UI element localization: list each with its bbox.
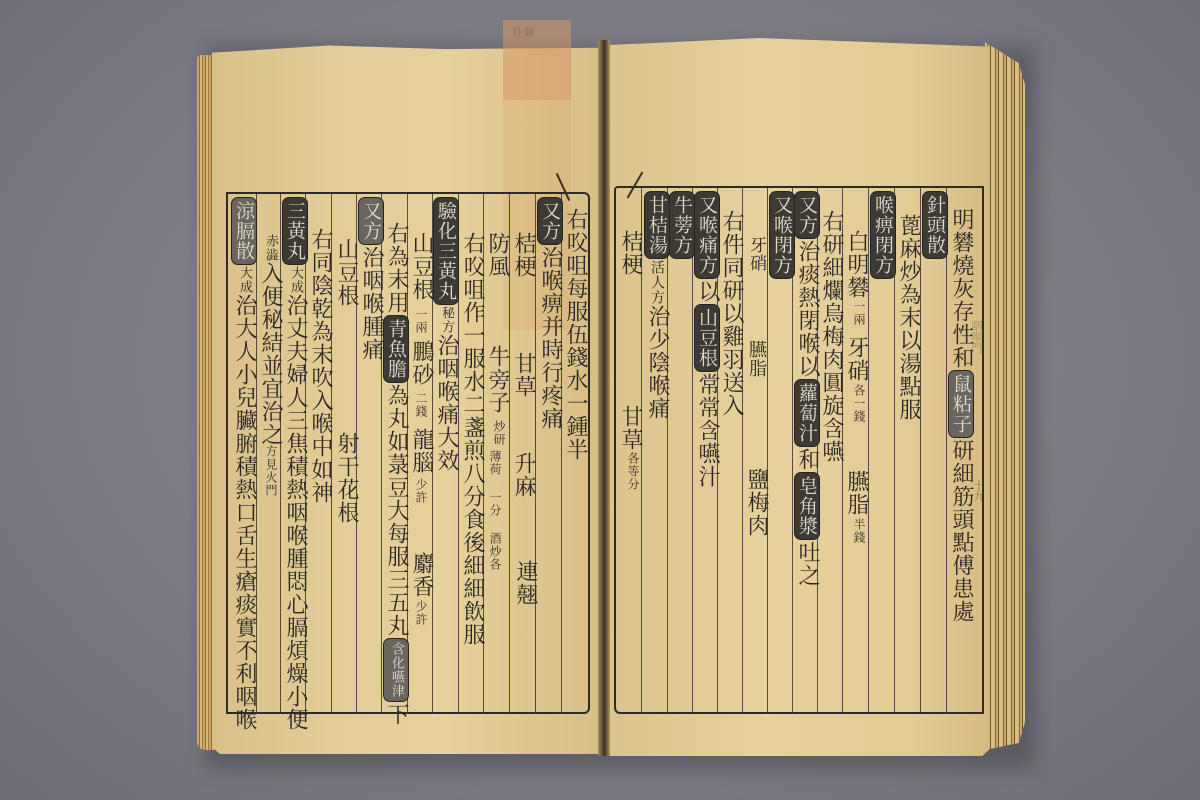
left-col-7-lower2: 龍腦 [409, 428, 433, 474]
section-tag: 又方 [537, 197, 563, 245]
ingredient-tag: 含化嚥津 [383, 638, 409, 702]
section-tag: 驗化三黃丸 [433, 197, 459, 305]
ingredient-tag: 鼠粘子 [948, 370, 974, 438]
left-col-6: 驗化三黃丸秘方治咽喉痛大效 [433, 196, 459, 472]
left-col-3-lower: 甘草 [511, 352, 535, 398]
ingredient-tag: 山豆根 [694, 304, 720, 372]
right-col-5-lower2: 臙脂 [844, 470, 868, 516]
right-col-11: 又喉痛方以山豆根常常含嚥汁 [694, 190, 720, 488]
left-col-7-note4: 少許 [414, 600, 427, 626]
right-col-6: 右研細爛烏梅肉圓旋含嚥 [819, 210, 843, 463]
left-col-4: 防風 [485, 232, 509, 278]
left-col-4-note: 炒研 [492, 420, 505, 446]
left-col-14: 涼膈散大成治大人小兒臟腑積熱口舌生瘡痰實不利咽喉 [231, 196, 257, 731]
right-col-13: 甘桔湯活人方治少陰喉痛 [644, 190, 670, 420]
right-col-14-lower: 甘草 [618, 405, 642, 451]
fold-margin-label: 咽喉門 [968, 320, 984, 353]
left-col-12: 三黃丸大成治丈夫婦人三焦積熱咽喉腫悶心膈煩燥小便 [282, 196, 308, 731]
right-col-7: 又方治痰熱閉喉以蘿蔔汁和皂角漿吐之 [794, 190, 820, 587]
left-col-1: 右㕮咀每服伍錢水一鍾半 [563, 208, 587, 461]
left-col-2: 又方治喉痹并時行疼痛 [537, 196, 563, 430]
section-tag: 甘桔湯 [644, 191, 670, 259]
ingredient-tag: 蘿蔔汁 [794, 379, 820, 447]
right-col-5-note2: 各一錢 [852, 384, 865, 423]
section-tag: 又喉閉方 [769, 191, 795, 279]
right-col-14: 桔梗 [618, 230, 642, 276]
right-col-1: 明礬燒灰存性和鼠粘子研細筋頭點傅患處 [948, 208, 974, 623]
right-page-edges [985, 42, 1025, 750]
bookmark-slip-label: 目錄 [512, 24, 562, 38]
left-col-5-note: 薄荷 一分 酒炒各 [488, 450, 501, 571]
ingredient-tag: 青魚膽 [383, 315, 409, 383]
left-col-8: 右為末用青魚膽為丸如菉豆大每服三五丸含化嚥津下 [383, 222, 409, 726]
open-book: 目錄 右㕮咀每服伍錢水一鍾半 又方治喉痹并時行疼痛 桔梗 甘草 升麻 防風 牛旁… [0, 0, 1200, 800]
left-col-11: 右同陰乾為末吹入喉中如神 [308, 228, 332, 504]
ingredient-tag: 皂角漿 [794, 472, 820, 540]
left-col-10-lower: 射干花根 [334, 432, 358, 524]
right-col-5-lower: 牙硝 [844, 336, 868, 382]
left-col-7-note3: 少許 [414, 478, 427, 504]
left-col-7-lower: 鵬砂 [409, 340, 433, 386]
left-col-7-note: 一兩 [414, 308, 427, 334]
left-col-7-note2: 二錢 [414, 392, 427, 418]
right-col-5-note3: 半錢 [852, 518, 865, 544]
section-tag: 喉痹閉方 [870, 191, 896, 279]
right-col-14-note: 各等分 [626, 452, 639, 491]
left-col-7: 山豆根 [409, 232, 433, 301]
left-col-3: 桔梗 [511, 232, 535, 278]
section-tag: 又喉痛方 [694, 191, 720, 279]
left-col-13: 赤澁入便秘結並宜治之 [258, 234, 282, 446]
right-col-8: 又喉閉方 [769, 190, 795, 280]
left-col-7-lower3: 麝香 [409, 552, 433, 598]
left-col-9: 又方治咽喉腫痛 [358, 196, 384, 361]
left-col-10: 山豆根 [334, 238, 358, 307]
page-number: 十九 [970, 480, 986, 502]
left-col-4-lower2: 連翹 [513, 560, 537, 606]
right-col-9-lower: 臙脂 [744, 340, 768, 378]
right-col-5-note: 一兩 [852, 300, 865, 326]
left-col-5: 右㕮咀作一服水二盞煎八分食後細細飲服 [460, 232, 484, 646]
section-tag: 牛蒡方 [669, 191, 695, 259]
right-col-3: 蓖麻炒為末以湯點服 [896, 214, 920, 421]
right-col-4: 喉痹閉方 [870, 190, 896, 280]
section-tag: 三黃丸 [282, 197, 308, 265]
right-col-2: 針頭散 [922, 190, 948, 260]
left-col-13-note: 方見火門 [264, 445, 277, 497]
right-col-5: 白明礬 [844, 230, 868, 299]
left-col-4-lower: 牛旁子 [485, 345, 509, 414]
section-tag: 又方 [358, 197, 384, 245]
section-tag: 針頭散 [922, 191, 948, 259]
left-col-3-lower2: 升麻 [511, 452, 535, 498]
right-col-10: 右件同研以雞羽送入 [719, 210, 743, 417]
right-col-12: 牛蒡方 [669, 190, 695, 260]
right-col-9: 牙硝 [744, 236, 768, 272]
book-gutter [598, 40, 610, 756]
section-tag: 涼膈散 [231, 197, 257, 265]
right-col-9-lower2: 鹽梅肉 [744, 468, 768, 537]
section-tag: 又方 [794, 191, 820, 239]
